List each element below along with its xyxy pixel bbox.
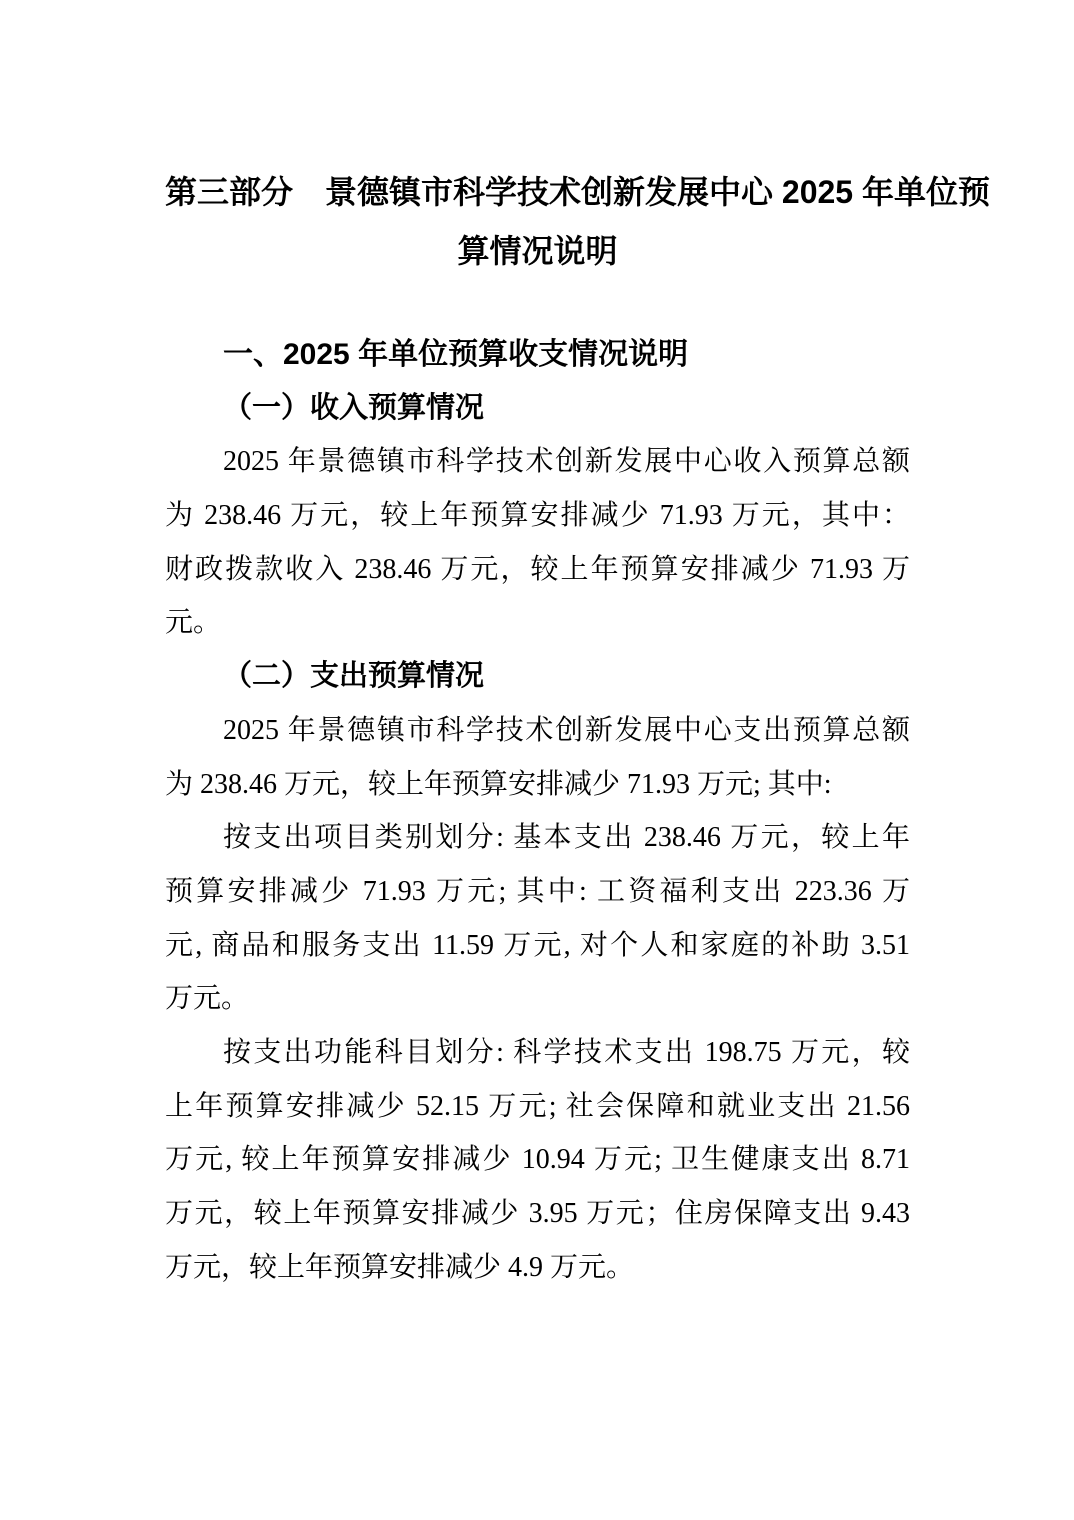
paragraph-line: 为 238.46 万元，较上年预算安排减少 71.93 万元，其中： [165, 489, 910, 543]
document-page: 第三部分 景德镇市科学技术创新发展中心 2025 年单位预 算情况说明 一、20… [0, 0, 1074, 1520]
paragraph-line: 万元。 [165, 972, 910, 1026]
paragraph-expense-total: 2025 年景德镇市科学技术创新发展中心支出预算总额 为 238.46 万元，较… [165, 704, 910, 811]
paragraph-line: 为 238.46 万元，较上年预算安排减少 71.93 万元; 其中: [165, 758, 910, 812]
document-title-line-2: 算情况说明 [165, 222, 910, 281]
paragraph-line: 上年预算安排减少 52.15 万元; 社会保障和就业支出 21.56 [165, 1080, 910, 1134]
paragraph-line: 按支出功能科目划分: 科学技术支出 198.75 万元，较 [165, 1026, 910, 1080]
paragraph-line: 2025 年景德镇市科学技术创新发展中心收入预算总额 [165, 435, 910, 489]
paragraph-line: 万元，较上年预算安排减少 3.95 万元；住房保障支出 9.43 [165, 1187, 910, 1241]
paragraph-line: 预算安排减少 71.93 万元; 其中: 工资福利支出 223.36 万 [165, 865, 910, 919]
paragraph-line: 万元, 较上年预算安排减少 10.94 万元; 卫生健康支出 8.71 [165, 1133, 910, 1187]
section-heading-budget-overview: 一、2025 年单位预算收支情况说明 [165, 328, 910, 382]
document-title: 第三部分 景德镇市科学技术创新发展中心 2025 年单位预 算情况说明 [165, 163, 910, 281]
paragraph-line: 按支出项目类别划分: 基本支出 238.46 万元，较上年 [165, 811, 910, 865]
paragraph-income: 2025 年景德镇市科学技术创新发展中心收入预算总额 为 238.46 万元，较… [165, 435, 910, 650]
paragraph-expense-by-function: 按支出功能科目划分: 科学技术支出 198.75 万元，较 上年预算安排减少 5… [165, 1026, 910, 1294]
paragraph-line: 财政拨款收入 238.46 万元，较上年预算安排减少 71.93 万 [165, 543, 910, 597]
paragraph-line: 元, 商品和服务支出 11.59 万元, 对个人和家庭的补助 3.51 [165, 919, 910, 973]
document-title-line-1: 第三部分 景德镇市科学技术创新发展中心 2025 年单位预 [165, 163, 910, 222]
paragraph-line: 万元，较上年预算安排减少 4.9 万元。 [165, 1241, 910, 1295]
paragraph-line: 2025 年景德镇市科学技术创新发展中心支出预算总额 [165, 704, 910, 758]
paragraph-line: 元。 [165, 596, 910, 650]
document-body: 一、2025 年单位预算收支情况说明 （一）收入预算情况 2025 年景德镇市科… [165, 328, 910, 1294]
subsection-heading-expense: （二）支出预算情况 [165, 650, 910, 704]
subsection-heading-income: （一）收入预算情况 [165, 382, 910, 436]
paragraph-expense-by-category: 按支出项目类别划分: 基本支出 238.46 万元，较上年 预算安排减少 71.… [165, 811, 910, 1026]
